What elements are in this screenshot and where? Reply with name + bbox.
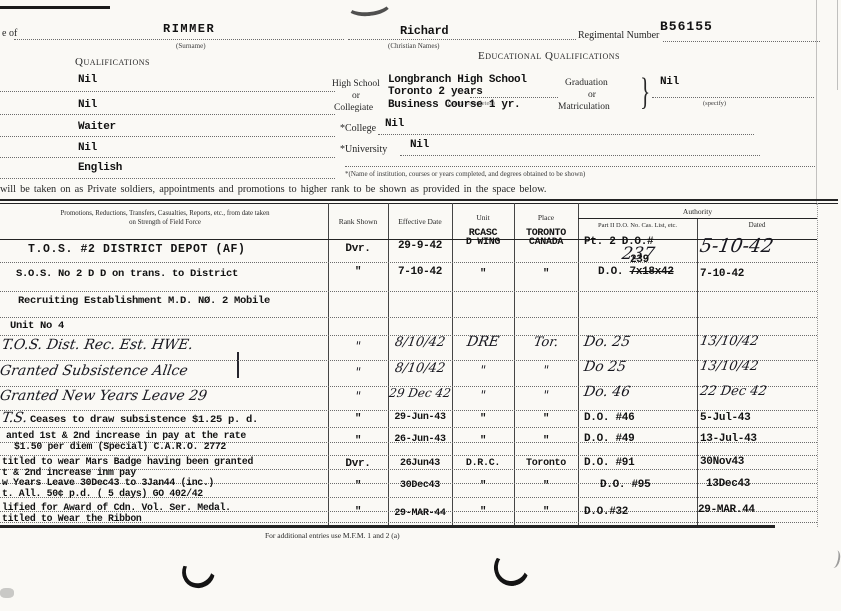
university-label: *University: [340, 144, 387, 155]
service-record-card: e of RIMMER Richard (Surname) (Christian…: [0, 0, 841, 611]
effective-date-cell: 29-MAR-44: [388, 508, 452, 519]
effective-date-cell: 30Dec43: [388, 480, 452, 491]
place-cell: ": [513, 388, 579, 402]
entry-description: Unit No 4: [10, 320, 64, 332]
authority-cell: Do 25: [583, 359, 699, 375]
high-school-entry-line1: Longbranch High School: [388, 74, 527, 86]
dated-handwritten: 5-10-42: [698, 235, 775, 257]
specify-caption: (specify): [703, 100, 726, 107]
table-bottom-rule: [0, 525, 775, 528]
dated-cell: 30Nov43: [700, 456, 817, 468]
place-cell: ": [514, 480, 578, 492]
entry-prefix-handwritten: T.S.: [1, 410, 29, 426]
qualification-entry: Nil: [78, 142, 97, 154]
qualification-entry: Nil: [78, 99, 97, 111]
place-cell: ": [514, 435, 578, 447]
graduation-value: Nil: [660, 76, 679, 88]
high-school-entry-line2: Toronto 2 years: [388, 86, 483, 98]
binder-hole-mark-right: [490, 546, 533, 590]
rank-cell: ": [328, 506, 388, 518]
dated-cell: 13Dec43: [706, 478, 750, 490]
column-header-effective-date: Effective Date: [388, 217, 452, 226]
rank-cell: Dvr.: [328, 458, 388, 470]
college-label: *College: [340, 123, 376, 134]
authority-cell: Do. 46: [583, 384, 699, 400]
rank-cell: ": [327, 389, 389, 403]
high-school-or-label: or: [352, 91, 360, 101]
column-border: [697, 218, 698, 527]
qualification-entry: Nil: [78, 74, 97, 86]
dotted-rule: [652, 97, 814, 98]
ruled-line: [0, 410, 817, 411]
place-cell: ": [513, 363, 579, 377]
university-value: Nil: [410, 139, 429, 151]
unit-cell: ": [452, 435, 514, 447]
qualification-entry: Waiter: [78, 121, 116, 133]
unit-cell: D WING: [452, 237, 514, 248]
surname-caption: (Surname): [176, 42, 206, 50]
page-fold-line: [816, 0, 817, 205]
authority-struck-value: 7x18x42: [630, 266, 674, 278]
dotted-rule: [470, 97, 558, 98]
dotted-rule: [663, 41, 820, 42]
dotted-rule: [0, 157, 335, 158]
dotted-rule: [14, 39, 344, 40]
entry-description: T.O.S. #2 DISTRICT DEPOT (AF): [28, 243, 246, 256]
effective-date-cell: 26-Jun-43: [388, 434, 452, 445]
entry-description: Ceases to draw subsistence $1.25 p. d.: [30, 414, 258, 426]
unit-cell: D.R.C.: [452, 458, 514, 469]
rank-cell: ": [328, 266, 388, 278]
graduation-or-label: or: [588, 90, 596, 100]
column-header-place: Place: [514, 213, 578, 222]
authority-cell: D.O. #49: [584, 433, 697, 445]
entry-description-handwritten: T.O.S. Dist. Rec. Est. HWE.: [1, 337, 195, 353]
dated-cell: 22 Dec 42: [699, 384, 818, 399]
college-value: Nil: [385, 118, 404, 130]
effective-date-cell: 29 Dec 42: [387, 386, 453, 400]
entry-description: anted 1st & 2nd increase in pay at the r…: [6, 430, 246, 441]
column-header-description-line2: on Strength of Field Force: [10, 219, 320, 226]
authority-cell: D.O. #95: [600, 479, 650, 491]
unit-cell: DRE: [451, 334, 516, 350]
rank-cell: ": [327, 365, 389, 379]
entry-description: Recruiting Establishment M.D. NØ. 2 Mobi…: [18, 295, 270, 307]
instruction-text: will be taken on as Private soldiers, ap…: [0, 184, 546, 195]
binder-hole-mark-left: [177, 551, 220, 594]
authority-do-label: D.O.: [598, 266, 623, 278]
scan-mark-bottom-right: [828, 549, 841, 569]
effective-date-cell: 29-9-42: [388, 240, 452, 252]
rank-cell: Dvr.: [328, 243, 388, 255]
entry-description-handwritten: Granted Subsistence Allce: [0, 363, 189, 379]
column-header-part2-do: Part II D.O. No. Cas. List, etc.: [580, 222, 695, 229]
effective-date-cell: 29-Jun-43: [388, 412, 452, 423]
brace-glyph: }: [640, 70, 650, 114]
authority-cell: D.O. #46: [584, 412, 697, 424]
high-school-entry-line3: Business Course 1 yr.: [388, 99, 520, 111]
place-cell: CANADA: [514, 237, 578, 248]
edge-label: e of: [2, 28, 17, 39]
qualifications-heading: Qualifications: [75, 56, 150, 68]
effective-date-cell: 8/10/42: [387, 335, 453, 350]
place-cell: Toronto: [514, 458, 578, 469]
rank-cell: ": [328, 480, 388, 492]
place-cell: Tor.: [513, 335, 579, 350]
scan-smudge-bottom-left: [0, 588, 14, 598]
dated-cell: 13/10/42: [699, 359, 818, 374]
ruled-line: [0, 262, 817, 263]
surname-value: RIMMER: [163, 22, 215, 36]
dated-cell: 13/10/42: [699, 334, 818, 349]
rank-cell: ": [327, 339, 389, 353]
entry-description-line2: titled to Wear the Ribbon: [2, 513, 141, 524]
place-cell: ": [514, 413, 578, 425]
dotted-rule: [0, 114, 335, 115]
collegiate-label: Collegiate: [334, 103, 373, 113]
dotted-rule: [400, 155, 760, 156]
dated-cell: 29-MAR.44: [698, 504, 755, 516]
ruled-line: [0, 317, 817, 318]
unit-cell: ": [452, 506, 514, 518]
graduation-label: Graduation: [565, 78, 608, 88]
entry-description-line2: t. All. 50¢ p.d. ( 5 days) GO 402/42: [2, 488, 203, 499]
ruled-line: [0, 427, 817, 428]
dated-cell: 5-Jul-43: [700, 412, 817, 424]
authority-cell-top: 239: [630, 254, 649, 266]
authority-cell: D.O. 7x18x42: [598, 266, 674, 278]
dotted-rule: [0, 178, 335, 179]
ruled-line: [0, 291, 817, 292]
scan-edge-line-right: [837, 0, 838, 90]
dated-cell: 13-Jul-43: [700, 433, 817, 445]
effective-date-cell: 26Jun43: [388, 458, 452, 469]
educational-qualifications-heading: Educational Qualifications: [478, 50, 620, 62]
effective-date-cell: 8/10/42: [387, 361, 453, 376]
effective-date-cell: 7-10-42: [388, 266, 452, 278]
place-cell: ": [514, 506, 578, 518]
entry-description: lified for Award of Cdn. Vol. Ser. Medal…: [2, 502, 231, 513]
unit-cell: ": [451, 363, 515, 377]
dotted-rule: [348, 39, 576, 40]
dotted-rule: [345, 166, 815, 167]
christian-name-caption: (Christian Names): [388, 42, 440, 50]
authority-cell: Do. 25: [583, 334, 699, 350]
authority-cell: D.O. #91: [584, 457, 697, 469]
place-cell: ": [514, 268, 578, 280]
institution-footnote: *(Name of institution, courses or years …: [345, 170, 585, 178]
ink-stroke: [237, 352, 239, 378]
entry-description-handwritten: Granted New Years Leave 29: [0, 388, 208, 404]
column-header-description-line1: Promotions, Reductions, Transfers, Casua…: [10, 210, 320, 217]
unit-cell: ": [452, 480, 514, 492]
entry-description: titled to wear Mars Badge having been gr…: [2, 456, 253, 467]
column-header-authority: Authority: [578, 207, 817, 216]
regimental-number-value: B56155: [660, 19, 713, 34]
table-top-rule2: [0, 203, 838, 204]
regimental-number-label: Regimental Number: [578, 30, 659, 41]
authority-cell: D.O.#32: [584, 506, 697, 518]
unit-cell: ": [452, 268, 514, 280]
footer-note: For additional entries use M.F.M. 1 and …: [265, 531, 400, 540]
scan-edge-line-top: [0, 6, 110, 9]
dotted-rule: [0, 91, 335, 92]
column-header-unit: Unit: [452, 213, 514, 222]
entry-description: w Years Leave 30Dec43 to 3Jan44 (inc.): [2, 477, 214, 488]
column-header-rank: Rank Shown: [328, 217, 388, 226]
entry-description-line2: $1.50 per diem (Special) C.A.R.O. 2772: [14, 441, 226, 452]
table-top-rule: [0, 199, 838, 201]
unit-cell: ": [451, 388, 515, 402]
column-header-dated: Dated: [697, 221, 817, 229]
authority-header-rule: [578, 218, 817, 219]
binder-hole-mark-top: [345, 0, 393, 18]
matriculation-label: Matriculation: [558, 102, 610, 112]
rank-cell: ": [328, 413, 388, 425]
dotted-rule: [378, 134, 754, 135]
dated-cell: 7-10-42: [700, 268, 817, 280]
rank-cell: ": [328, 435, 388, 447]
dotted-rule: [0, 136, 335, 137]
qualification-entry: English: [78, 162, 122, 174]
unit-cell: ": [452, 413, 514, 425]
high-school-label: High School: [332, 79, 380, 89]
christian-name-value: Richard: [400, 24, 448, 38]
entry-description: S.O.S. No 2 D D on trans. to District: [16, 268, 238, 280]
